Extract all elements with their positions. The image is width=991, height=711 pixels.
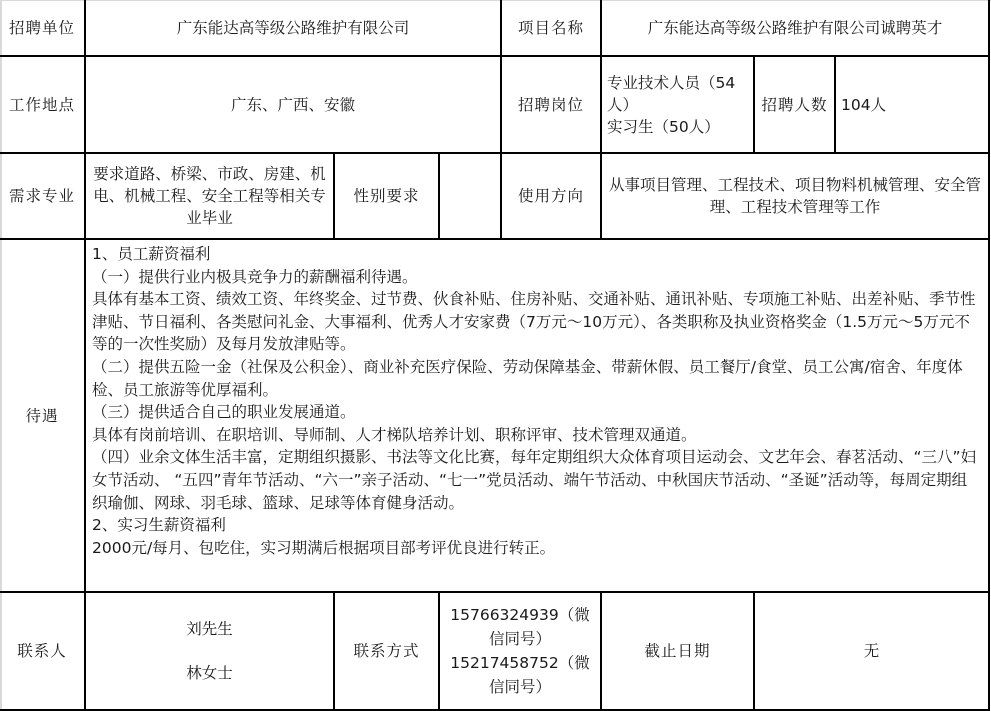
employer-value: 广东能达高等级公路维护有限公司 <box>86 0 502 57</box>
gender-value <box>440 154 502 240</box>
major-label: 需求专业 <box>0 154 86 240</box>
contact-method-label: 联系方式 <box>335 593 440 711</box>
benefits-line: （一）提供行业内极具竞争力的薪酬福利待遇。 <box>92 266 982 289</box>
employer-label: 招聘单位 <box>0 0 86 57</box>
positions-list: 专业技术人员（54人） 实习生（50人） <box>607 72 749 138</box>
benefits-content: 1、员工薪资福利 （一）提供行业内极具竞争力的薪酬福利待遇。 具体有基本工资、绩… <box>86 240 990 593</box>
contact-person-label: 联系人 <box>0 593 86 711</box>
benefits-label: 待遇 <box>0 240 86 593</box>
direction-label: 使用方向 <box>502 154 602 240</box>
position-label: 招聘岗位 <box>502 57 602 154</box>
contact-person: 林女士 <box>186 662 233 684</box>
contact-person: 刘先生 <box>186 618 233 640</box>
project-label: 项目名称 <box>502 0 602 57</box>
contact-phones: 15766324939（微信同号） 15217458752（微信同号） <box>440 593 602 711</box>
benefits-line: 1、员工薪资福利 <box>92 243 982 266</box>
location-value: 广东、广西、安徽 <box>86 57 502 154</box>
benefits-line: 2、实习生薪资福利 <box>92 514 982 537</box>
benefits-line: 2000元/每月、包吃住，实习期满后根据项目部考评优良进行转正。 <box>92 537 982 560</box>
major-value: 要求道路、桥梁、市政、房建、机电、机械工程、安全工程等相关专业毕业 <box>86 154 335 240</box>
project-value: 广东能达高等级公路维护有限公司诚聘英才 <box>602 0 990 57</box>
gender-label: 性别要求 <box>335 154 440 240</box>
phone-number: 15766324939（微信同号） <box>446 603 594 651</box>
benefits-line: 具体有岗前培训、在职培训、导师制、人才梯队培养计划、职称评审、技术管理双通道。 <box>92 424 982 447</box>
position-item: 实习生（50人） <box>607 116 749 138</box>
position-item: 专业技术人员（54人） <box>607 72 749 116</box>
deadline-label: 截止日期 <box>602 593 755 711</box>
deadline-value: 无 <box>755 593 990 711</box>
location-label: 工作地点 <box>0 57 86 154</box>
headcount-value: 104人 <box>836 57 990 154</box>
headcount-label: 招聘人数 <box>755 57 836 154</box>
positions-cell: 专业技术人员（54人） 实习生（50人） <box>602 57 755 154</box>
recruitment-table: 招聘单位 广东能达高等级公路维护有限公司 项目名称 广东能达高等级公路维护有限公… <box>0 0 991 711</box>
contact-persons: 刘先生 林女士 <box>86 593 335 711</box>
benefits-line: （三）提供适合自己的职业发展通道。 <box>92 401 982 424</box>
phone-number: 15217458752（微信同号） <box>446 651 594 699</box>
benefits-line: 具体有基本工资、绩效工资、年终奖金、过节费、伙食补贴、住房补贴、交通补贴、通讯补… <box>92 288 982 356</box>
benefits-line: （四）业余文体生活丰富，定期组织摄影、书法等文化比赛，每年定期组织大众体育项目运… <box>92 446 982 514</box>
direction-value: 从事项目管理、工程技术、项目物料机械管理、安全管理、工程技术管理等工作 <box>602 154 990 240</box>
benefits-line: （二）提供五险一金（社保及公积金）、商业补充医疗保险、劳动保障基金、带薪休假、员… <box>92 356 982 401</box>
